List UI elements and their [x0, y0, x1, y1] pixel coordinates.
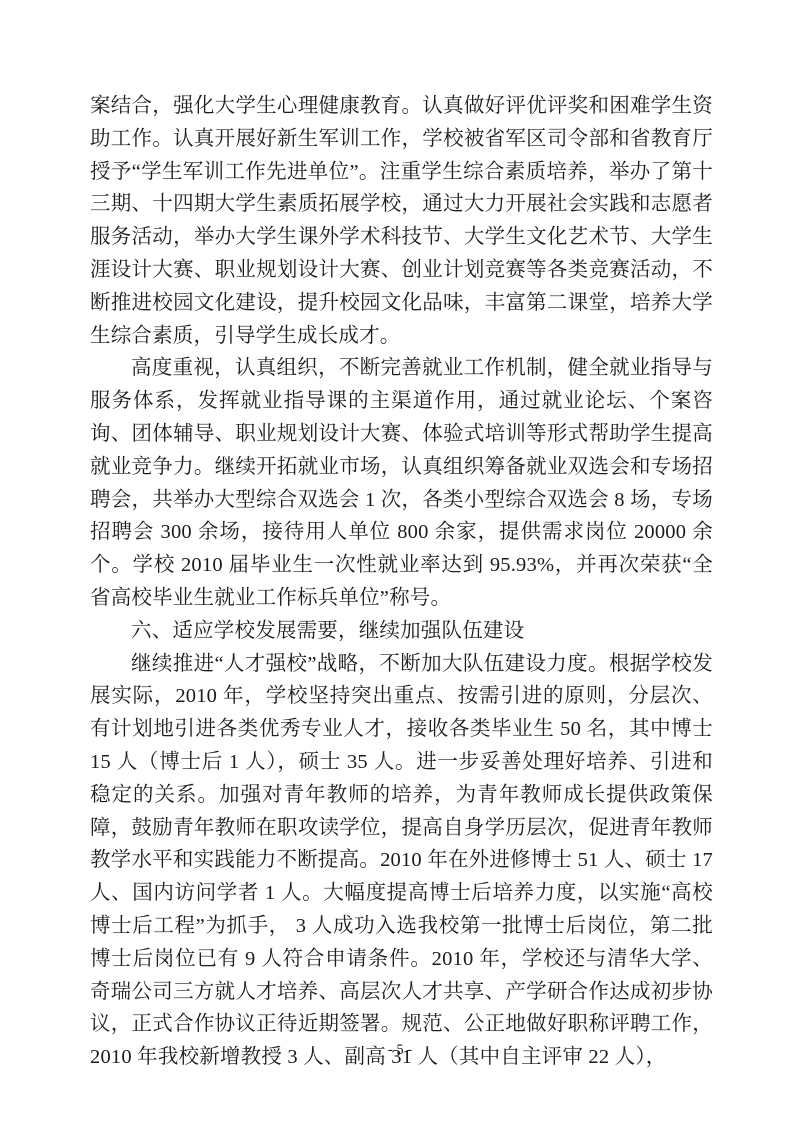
page-number: - 5 -: [388, 1042, 412, 1058]
para-employment-work: 高度重视，认真组织，不断完善就业工作机制，健全就业指导与服务体系，发挥就业指导课…: [90, 352, 713, 614]
para-student-work-continuation: 案结合，强化大学生心理健康教育。认真做好评优评奖和困难学生资助工作。认真开展好新…: [90, 90, 713, 352]
para-talent-team-building: 继续推进“人才强校”战略，不断加大队伍建设力度。根据学校发展实际，2010 年，…: [90, 648, 713, 1074]
page-footer: - 5 -: [0, 1040, 800, 1060]
section-heading: 六、适应学校发展需要，继续加强队伍建设: [90, 615, 713, 648]
document-page: 案结合，强化大学生心理健康教育。认真做好评优评奖和困难学生资助工作。认真开展好新…: [0, 0, 800, 1131]
text-block: 案结合，强化大学生心理健康教育。认真做好评优评奖和困难学生资助工作。认真开展好新…: [90, 90, 713, 1074]
